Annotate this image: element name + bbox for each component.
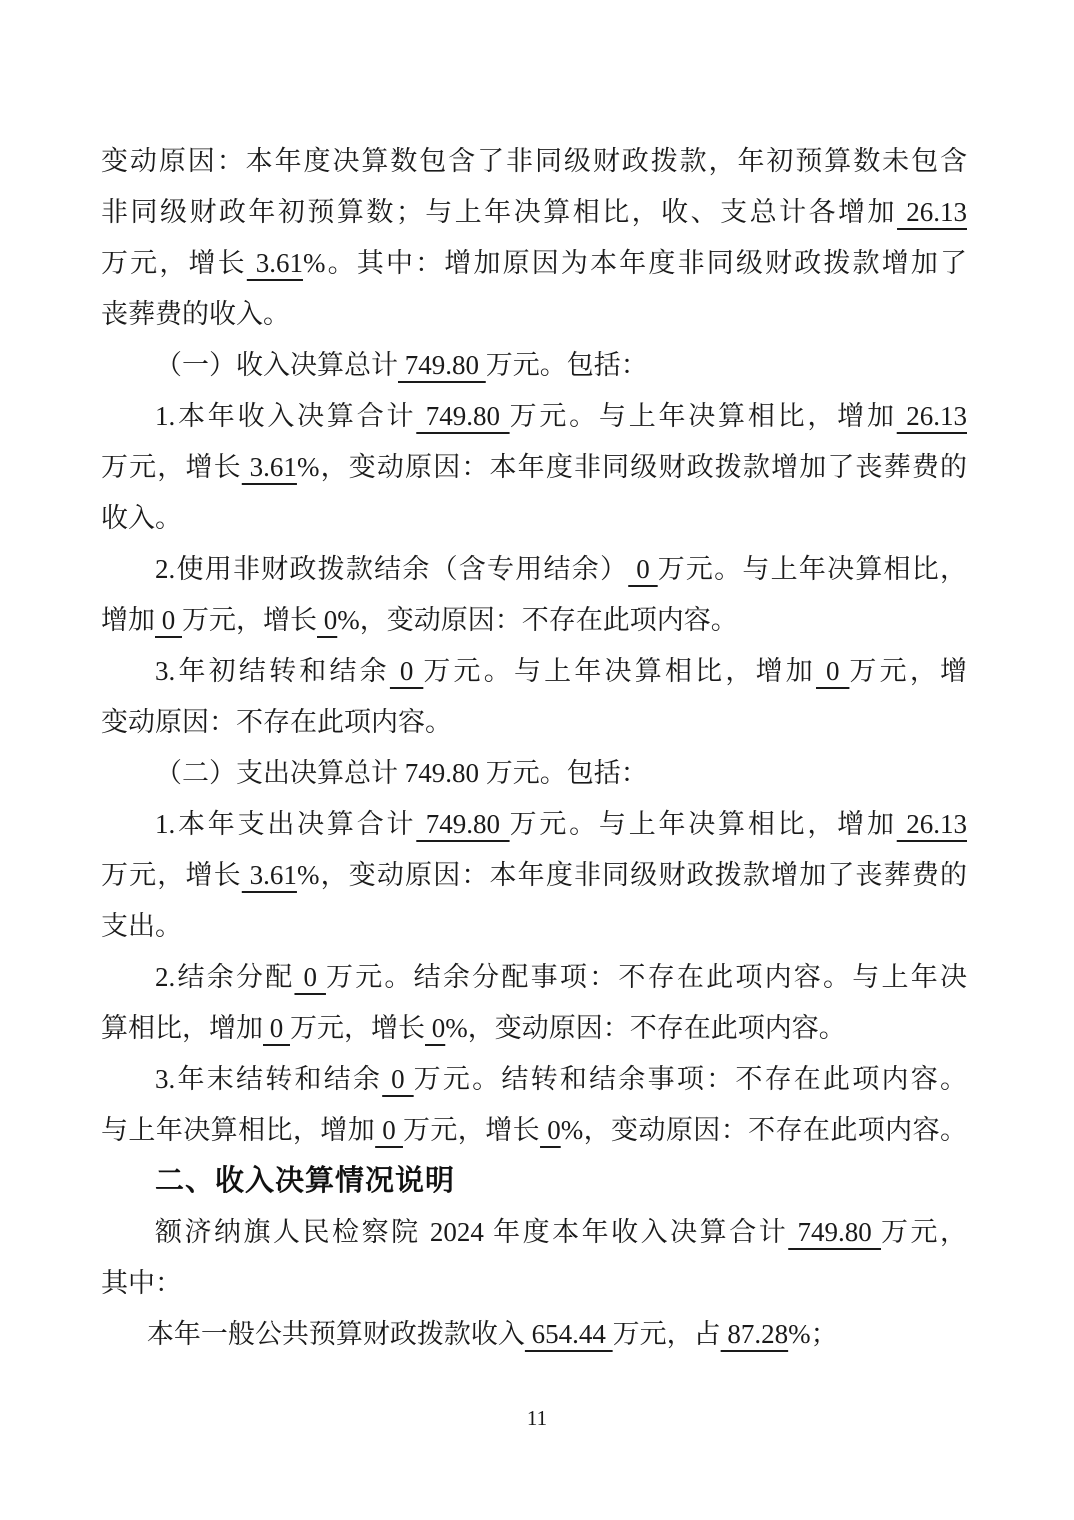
text-segment: %，变动原因：不存在此项内容。 — [337, 605, 738, 635]
text-line-19: 3.年末结转和结余 0 万元。结转和结余事项：不存在此项内容。 — [101, 1054, 967, 1105]
text-segment: 变动原因：不存在此项内容。 — [101, 707, 452, 737]
underlined-value: 0 — [317, 605, 337, 635]
text-segment: 万元，增长 — [182, 605, 317, 635]
text-segment: %； — [788, 1319, 838, 1349]
text-line-16: 支出。 — [101, 901, 967, 952]
underlined-value: 0 — [816, 656, 849, 686]
text-line-2: 非同级财政年初预算数；与上年决算相比，收、支总计各增加 26.13 — [101, 187, 967, 238]
underlined-value: 0 — [382, 1064, 413, 1094]
text-line-15: 万元，增长 3.61%，变动原因：本年度非同级财政拨款增加了丧葬费的 — [101, 850, 967, 901]
underlined-value: 749.80 — [398, 350, 486, 380]
underlined-value: 0 — [390, 656, 423, 686]
text-segment: 万元。与上年决算相比，增加 — [510, 809, 897, 839]
text-segment: 增加 — [101, 605, 155, 635]
underlined-value: 749.80 — [416, 809, 509, 839]
text-segment: 万元， — [881, 1217, 967, 1247]
underlined-value: 0 — [155, 605, 182, 635]
page-number: 11 — [0, 1406, 1074, 1431]
underlined-value: 0 — [294, 962, 325, 992]
text-column: 变动原因：本年度决算数包含了非同级财政拨款，年初预算数未包含非同级财政年初预算数… — [101, 136, 967, 1360]
underlined-value: 749.80 — [788, 1217, 881, 1247]
text-segment: 额济纳旗人民检察院 2024 年度本年收入决算合计 — [155, 1217, 788, 1247]
text-segment: （一）收入决算总计 — [155, 350, 398, 380]
text-line-6: 1.本年收入决算合计 749.80 万元。与上年决算相比，增加 26.13 — [101, 391, 967, 442]
document-page: 变动原因：本年度决算数包含了非同级财政拨款，年初预算数未包含非同级财政年初预算数… — [0, 0, 1074, 1520]
text-line-24: 本年一般公共预算财政拨款收入 654.44 万元，占 87.28%； — [101, 1309, 967, 1360]
underlined-value: 3.61 — [242, 452, 297, 482]
underlined-value: 26.13 — [897, 401, 967, 431]
underlined-value: 3.61 — [247, 248, 303, 278]
text-segment: 丧葬费的收入。 — [101, 299, 290, 329]
text-segment: 万元，增长 — [101, 860, 242, 890]
text-segment: 万元，增长 — [101, 452, 242, 482]
underlined-value: 26.13 — [897, 809, 967, 839]
text-segment: 其中： — [101, 1268, 182, 1298]
underlined-value: 26.13 — [897, 197, 967, 227]
text-line-7: 万元，增长 3.61%，变动原因：本年度非同级财政拨款增加了丧葬费的 — [101, 442, 967, 493]
text-segment: 收入。 — [101, 503, 182, 533]
text-line-11: 3.年初结转和结余 0 万元。与上年决算相比，增加 0 万元，增长 0%， — [101, 646, 967, 697]
text-segment: 万元。与上年决算相比， — [658, 554, 967, 584]
text-segment: 二、收入决算情况说明 — [155, 1165, 455, 1197]
underlined-value: 3.61 — [242, 860, 297, 890]
text-segment: 非同级财政年初预算数；与上年决算相比，收、支总计各增加 — [101, 197, 897, 227]
text-line-18: 算相比，增加 0 万元，增长 0%，变动原因：不存在此项内容。 — [101, 1003, 967, 1054]
text-segment: （二）支出决算总计 749.80 万元。包括： — [155, 758, 648, 788]
text-segment: 3.年末结转和结余 — [155, 1064, 382, 1094]
underlined-value: 654.44 — [525, 1319, 613, 1349]
text-segment: 与上年决算相比，增加 — [101, 1115, 375, 1145]
text-segment: 1.本年支出决算合计 — [155, 809, 416, 839]
underlined-value: 0 — [263, 1013, 290, 1043]
text-line-10: 增加 0 万元，增长 0%，变动原因：不存在此项内容。 — [101, 595, 967, 646]
text-segment: %，变动原因：不存在此项内容。 — [561, 1115, 967, 1145]
text-segment: 支出。 — [101, 911, 182, 941]
text-segment: 算相比，增加 — [101, 1013, 263, 1043]
text-segment: 万元。结余分配事项：不存在此项内容。与上年决 — [326, 962, 967, 992]
underlined-value: 0 — [628, 554, 657, 584]
text-segment: %，变动原因：本年度非同级财政拨款增加了丧葬费的 — [297, 860, 967, 890]
text-line-4: 丧葬费的收入。 — [101, 289, 967, 340]
underlined-value: 0 — [540, 1115, 561, 1145]
underlined-value: 0 — [425, 1013, 445, 1043]
text-segment: 万元。与上年决算相比，增加 — [510, 401, 897, 431]
text-line-3: 万元，增长 3.61%。其中：增加原因为本年度非同级财政拨款增加了 — [101, 238, 967, 289]
text-segment: 2.结余分配 — [155, 962, 294, 992]
text-segment: 万元。结转和结余事项：不存在此项内容。 — [414, 1064, 967, 1094]
underlined-value: 0 — [375, 1115, 403, 1145]
text-segment: %，变动原因：本年度非同级财政拨款增加了丧葬费的 — [297, 452, 967, 482]
text-line-22: 额济纳旗人民检察院 2024 年度本年收入决算合计 749.80 万元， — [101, 1207, 967, 1258]
text-segment: 1.本年收入决算合计 — [155, 401, 416, 431]
text-segment: 万元，占 — [613, 1319, 721, 1349]
text-line-12: 变动原因：不存在此项内容。 — [101, 697, 967, 748]
text-line-5: （一）收入决算总计 749.80 万元。包括： — [101, 340, 967, 391]
text-line-14: 1.本年支出决算合计 749.80 万元。与上年决算相比，增加 26.13 — [101, 799, 967, 850]
underlined-value: 749.80 — [416, 401, 509, 431]
text-segment: 万元，增长 — [403, 1115, 540, 1145]
text-segment: 本年一般公共预算财政拨款收入 — [147, 1319, 525, 1349]
text-segment: %。其中：增加原因为本年度非同级财政拨款增加了 — [303, 248, 967, 278]
text-line-9: 2.使用非财政拨款结余（含专用结余） 0 万元。与上年决算相比， — [101, 544, 967, 595]
text-line-1: 变动原因：本年度决算数包含了非同级财政拨款，年初预算数未包含 — [101, 136, 967, 187]
text-line-13: （二）支出决算总计 749.80 万元。包括： — [101, 748, 967, 799]
section-heading: 二、收入决算情况说明 — [101, 1156, 967, 1207]
text-segment: 万元，增长 — [290, 1013, 425, 1043]
text-segment: 变动原因：本年度决算数包含了非同级财政拨款，年初预算数未包含 — [101, 146, 967, 176]
text-line-23: 其中： — [101, 1258, 967, 1309]
text-segment: 2.使用非财政拨款结余（含专用结余） — [155, 554, 628, 584]
text-line-20: 与上年决算相比，增加 0 万元，增长 0%，变动原因：不存在此项内容。 — [101, 1105, 967, 1156]
text-line-17: 2.结余分配 0 万元。结余分配事项：不存在此项内容。与上年决 — [101, 952, 967, 1003]
text-segment: 万元。包括： — [486, 350, 648, 380]
text-segment: %，变动原因：不存在此项内容。 — [445, 1013, 846, 1043]
text-segment: 万元，增长 — [101, 248, 247, 278]
text-line-8: 收入。 — [101, 493, 967, 544]
text-segment: 3.年初结转和结余 — [155, 656, 390, 686]
underlined-value: 87.28 — [721, 1319, 789, 1349]
text-segment: 万元。与上年决算相比，增加 — [423, 656, 816, 686]
